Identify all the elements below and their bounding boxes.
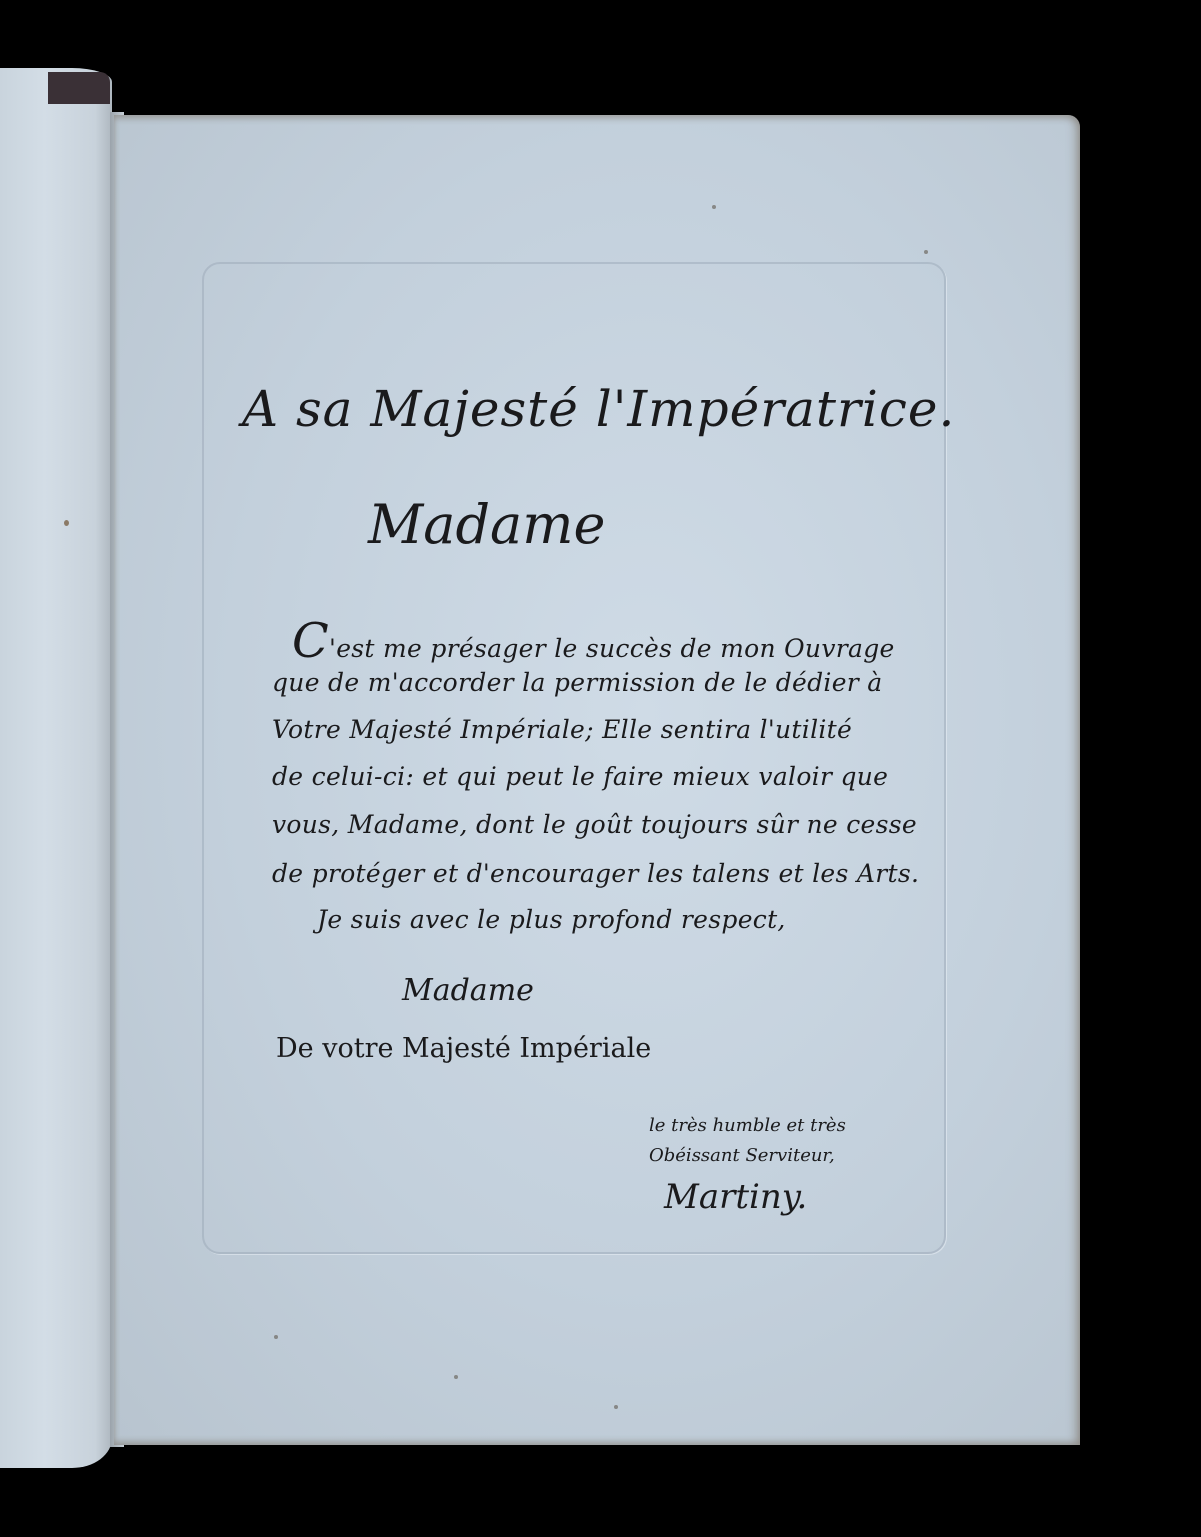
signature-line-2: Obéissant Serviteur, (649, 1145, 835, 1166)
right-page: A sa Majesté l'Impératrice. Madame C'est… (114, 115, 1080, 1445)
body-line-7: Je suis avec le plus profond respect, (317, 905, 786, 934)
foxing-speck (924, 250, 928, 254)
salutation-heading: Madame (368, 493, 605, 556)
body-line-4: de celui-ci: et qui peut le faire mieux … (272, 762, 888, 791)
signature-name: Martiny. (664, 1177, 807, 1217)
body-line-6: de protéger et d'encourager les talens e… (272, 859, 919, 888)
left-page (0, 68, 112, 1468)
dropcap: C (292, 613, 329, 669)
foxing-speck (274, 1335, 278, 1339)
body-line-5: vous, Madame, dont le goût toujours sûr … (272, 810, 917, 839)
body-line-1: C'est me présager le succès de mon Ouvra… (292, 613, 895, 669)
closing-line: De votre Majesté Impériale (276, 1033, 651, 1064)
foxing-speck (614, 1405, 618, 1409)
closing-salutation: Madame (402, 973, 534, 1008)
body-line-3: Votre Majesté Impériale; Elle sentira l'… (272, 715, 852, 744)
foxing-speck (712, 205, 716, 209)
signature-line-1: le très humble et très (649, 1115, 846, 1136)
left-page-spot (64, 520, 69, 526)
book-cover-edge (48, 72, 110, 104)
body-text: 'est me présager le succès de mon Ouvrag… (329, 634, 895, 663)
dedication-title: A sa Majesté l'Impératrice. (242, 380, 955, 438)
body-line-2: que de m'accorder la permission de le dé… (272, 668, 883, 697)
foxing-speck (454, 1375, 458, 1379)
